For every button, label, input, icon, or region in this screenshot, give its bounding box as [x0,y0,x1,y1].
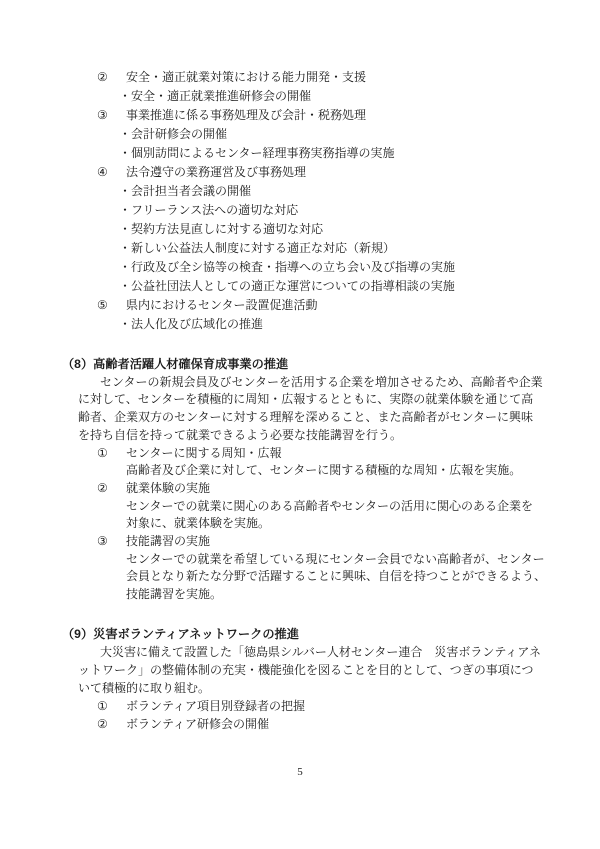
section-heading: （8）高齢者活躍人材確保育成事業の推進 [0,356,600,374]
list-item: ①ボランティア項目別登録者の把握 [0,697,600,715]
document-page: ②安全・適正就業対策における能力開発・支援 ・安全・適正就業推進研修会の開催 ③… [0,0,600,849]
item-text: ボランティア研修会の開催 [126,717,269,731]
list-subitem: ・会計研修会の開催 [0,125,600,144]
section-7-list: ②安全・適正就業対策における能力開発・支援 ・安全・適正就業推進研修会の開催 ③… [0,68,600,334]
item-text: 事業推進に係る事務処理及び会計・税務処理 [126,108,366,122]
list-subitem: ・安全・適正就業推進研修会の開催 [0,87,600,106]
paragraph-line: 大災害に備えて設置した「徳島県シルバー人材センター連合 災害ボランティアネ [0,643,600,661]
section-8: （8）高齢者活躍人材確保育成事業の推進 センターの新規会員及びセンターを活用する… [0,356,600,604]
section-9: （9）災害ボランティアネットワークの推進 大災害に備えて設置した「徳島県シルバー… [0,625,600,733]
paragraph-line: に対して、センターを積極的に周知・広報するとともに、実際の就業体験を通じて高 [0,391,600,409]
item-marker: ④ [97,163,126,182]
item-description-line: センターでの就業を希望している現にセンター会員でない高齢者が、センター [0,551,600,569]
item-text: ボランティア項目別登録者の把握 [126,699,305,713]
list-subitem: ・契約方法見直しに対する適切な対応 [0,220,600,239]
list-subitem: ・行政及び全シ協等の検査・指導への立ち会い及び指導の実施 [0,258,600,277]
paragraph-line: センターの新規会員及びセンターを活用する企業を増加させるため、高齢者や企業 [0,374,600,392]
item-description-line: 会員となり新たな分野で活躍することに興味、自信を持つことができるよう、 [0,568,600,586]
list-subitem: ・法人化及び広域化の推進 [0,315,600,334]
item-marker: ② [97,715,126,733]
item-marker: ② [97,480,126,498]
list-item: ⑤県内におけるセンター設置促進活動 [0,296,600,315]
item-marker: ① [97,697,126,715]
item-text: 技能講習の実施 [126,534,210,548]
list-item: ②就業体験の実施 [0,480,600,498]
item-marker: ② [97,68,126,87]
list-subitem: ・会計担当者会議の開催 [0,182,600,201]
item-marker: ③ [97,533,126,551]
paragraph-line: いて積極的に取り組む。 [0,679,600,697]
list-item: ③事業推進に係る事務処理及び会計・税務処理 [0,106,600,125]
item-description-line: 対象に、就業体験を実施。 [0,515,600,533]
item-description-line: センターでの就業に関心のある高齢者やセンターの活用に関心のある企業を [0,498,600,516]
item-marker: ③ [97,106,126,125]
list-item: ②安全・適正就業対策における能力開発・支援 [0,68,600,87]
item-description-line: 高齢者及び企業に対して、センターに関する積極的な周知・広報を実施。 [0,462,600,480]
list-item: ④法令遵守の業務運営及び事務処理 [0,163,600,182]
item-marker: ⑤ [97,296,126,315]
list-subitem: ・公益社団法人としての適正な運営についての指導相談の実施 [0,277,600,296]
list-item: ③技能講習の実施 [0,533,600,551]
item-text: センターに関する周知・広報 [126,446,282,460]
item-text: 就業体験の実施 [126,481,210,495]
page-number: 5 [0,764,600,780]
item-description-line: 技能講習を実施。 [0,586,600,604]
item-text: 県内におけるセンター設置促進活動 [126,298,318,312]
section-heading: （9）災害ボランティアネットワークの推進 [0,625,600,643]
item-text: 安全・適正就業対策における能力開発・支援 [126,70,366,84]
item-text: 法令遵守の業務運営及び事務処理 [126,165,306,179]
page-content: ②安全・適正就業対策における能力開発・支援 ・安全・適正就業推進研修会の開催 ③… [0,68,600,733]
paragraph-line: ットワーク」の整備体制の充実・機能強化を図ることを目的として、つぎの事項につ [0,661,600,679]
list-subitem: ・フリーランス法への適切な対応 [0,201,600,220]
list-subitem: ・新しい公益法人制度に対する適正な対応（新規） [0,239,600,258]
item-marker: ① [97,445,126,463]
paragraph-line: を持ち自信を持って就業できるよう必要な技能講習を行う。 [0,427,600,445]
list-item: ①センターに関する周知・広報 [0,445,600,463]
list-subitem: ・個別訪問によるセンター経理事務実務指導の実施 [0,144,600,163]
list-item: ②ボランティア研修会の開催 [0,715,600,733]
paragraph-line: 齢者、企業双方のセンターに対する理解を深めること、また高齢者がセンターに興味 [0,409,600,427]
